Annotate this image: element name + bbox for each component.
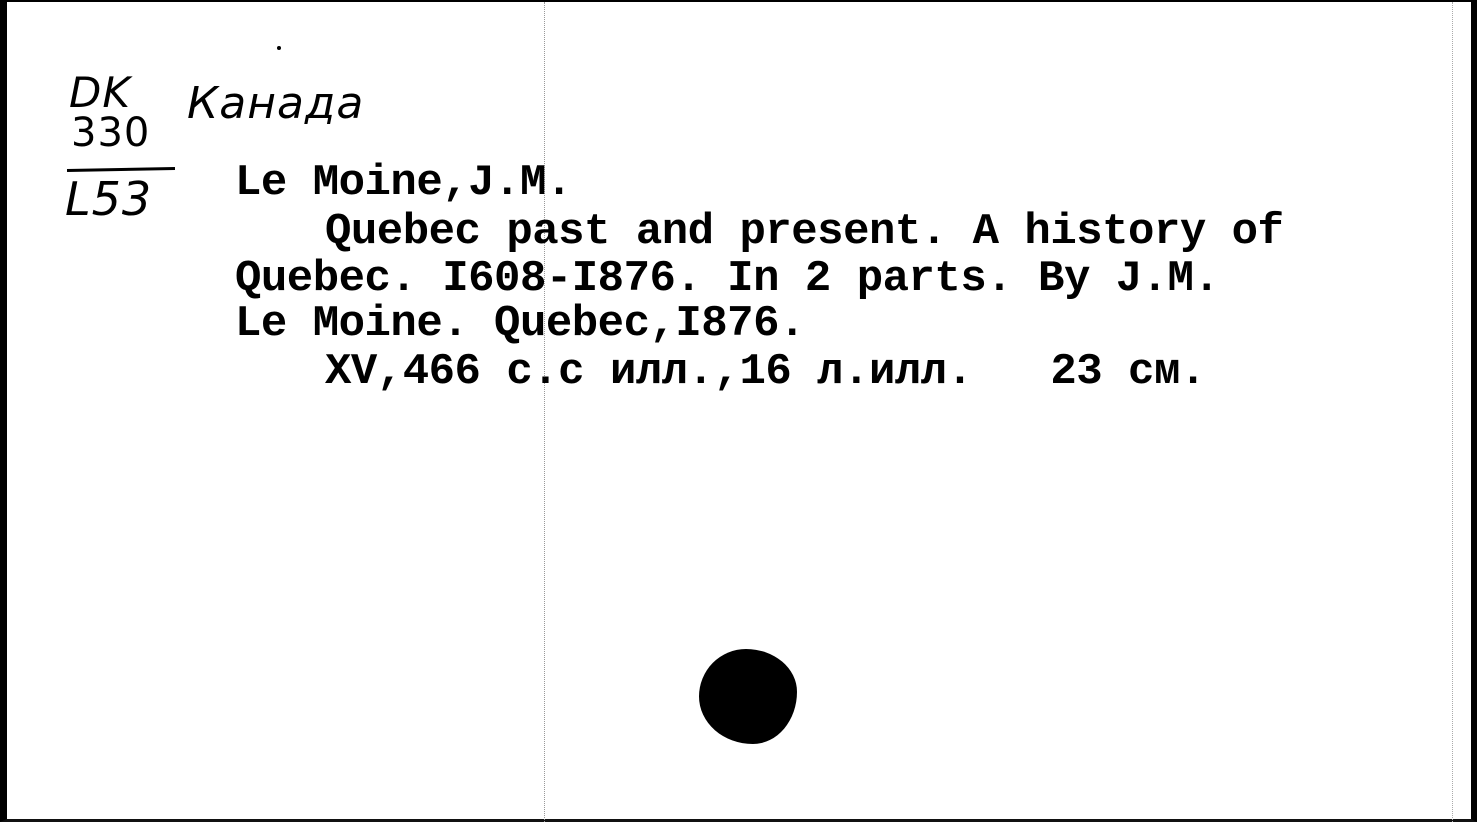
main-entry-author: Le Moine,J.M. [235, 158, 572, 208]
title-line-3: Le Moine. Quebec,I876. [235, 299, 805, 349]
scan-edge-line [1452, 2, 1453, 822]
subject-heading: Канада [187, 78, 364, 129]
scan-fold-line [544, 2, 545, 822]
catalog-card: DK 330 L53 Канада Le Moine,J.M. Quebec p… [0, 0, 1477, 822]
ink-speck [277, 46, 281, 50]
call-number-class-number: 330 [71, 110, 150, 156]
title-line-2: Quebec. I608-I876. In 2 parts. By J.M. [235, 254, 1219, 304]
punch-hole [699, 649, 797, 744]
title-line-1: Quebec past and present. A history of [325, 207, 1283, 257]
call-number-cutter: L53 [65, 172, 152, 226]
physical-description: XV,466 c.c илл.,16 л.илл. 23 см. [325, 347, 1206, 397]
